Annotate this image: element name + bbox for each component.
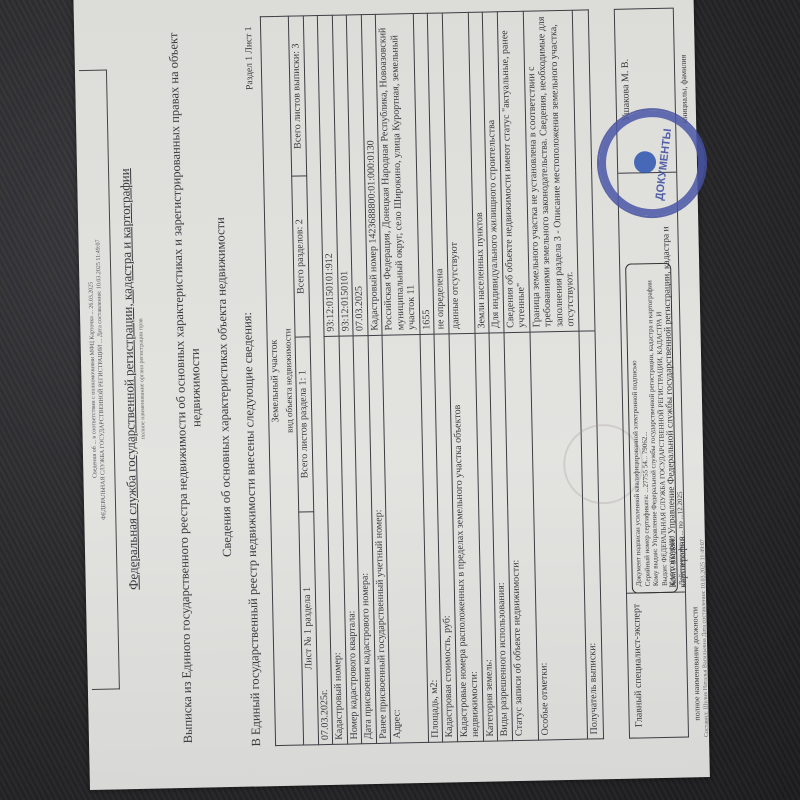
stamp-text: ДОКУМЕНТЫ: [654, 128, 674, 201]
header-bracket: [79, 69, 120, 689]
e-signature-box: Документ подписан усиленной квалифициров…: [625, 263, 678, 594]
characteristics-table: Земельный участок вид объекта недвижимос…: [260, 9, 604, 746]
position-caption: полное наименование должности: [690, 591, 702, 736]
official-stamp: ДОКУМЕНТЫ: [591, 102, 713, 224]
intro-text: В Единый государственный реестр недвижим…: [240, 312, 264, 747]
signer-position: Главный специалист-эксперт: [631, 604, 645, 728]
section-label: Раздел 1 Лист 1: [244, 26, 255, 90]
characteristics-rows: Номер кадастрового квартала:93:12:015010…: [332, 10, 603, 744]
document-subtitle: Сведения об основных характеристиках объ…: [209, 27, 239, 747]
document-title: Выписка из Единого государственного реес…: [166, 28, 211, 748]
document-page: Сведения об ... в соответствии с полномо…: [73, 0, 710, 790]
row-label: Особые отметки:: [530, 331, 588, 740]
row-value: Граница земельного участка не установлен…: [523, 10, 579, 332]
stamp-logo-icon: [633, 150, 657, 174]
signer-position-cell: Главный специалист-эксперт: [627, 591, 688, 737]
